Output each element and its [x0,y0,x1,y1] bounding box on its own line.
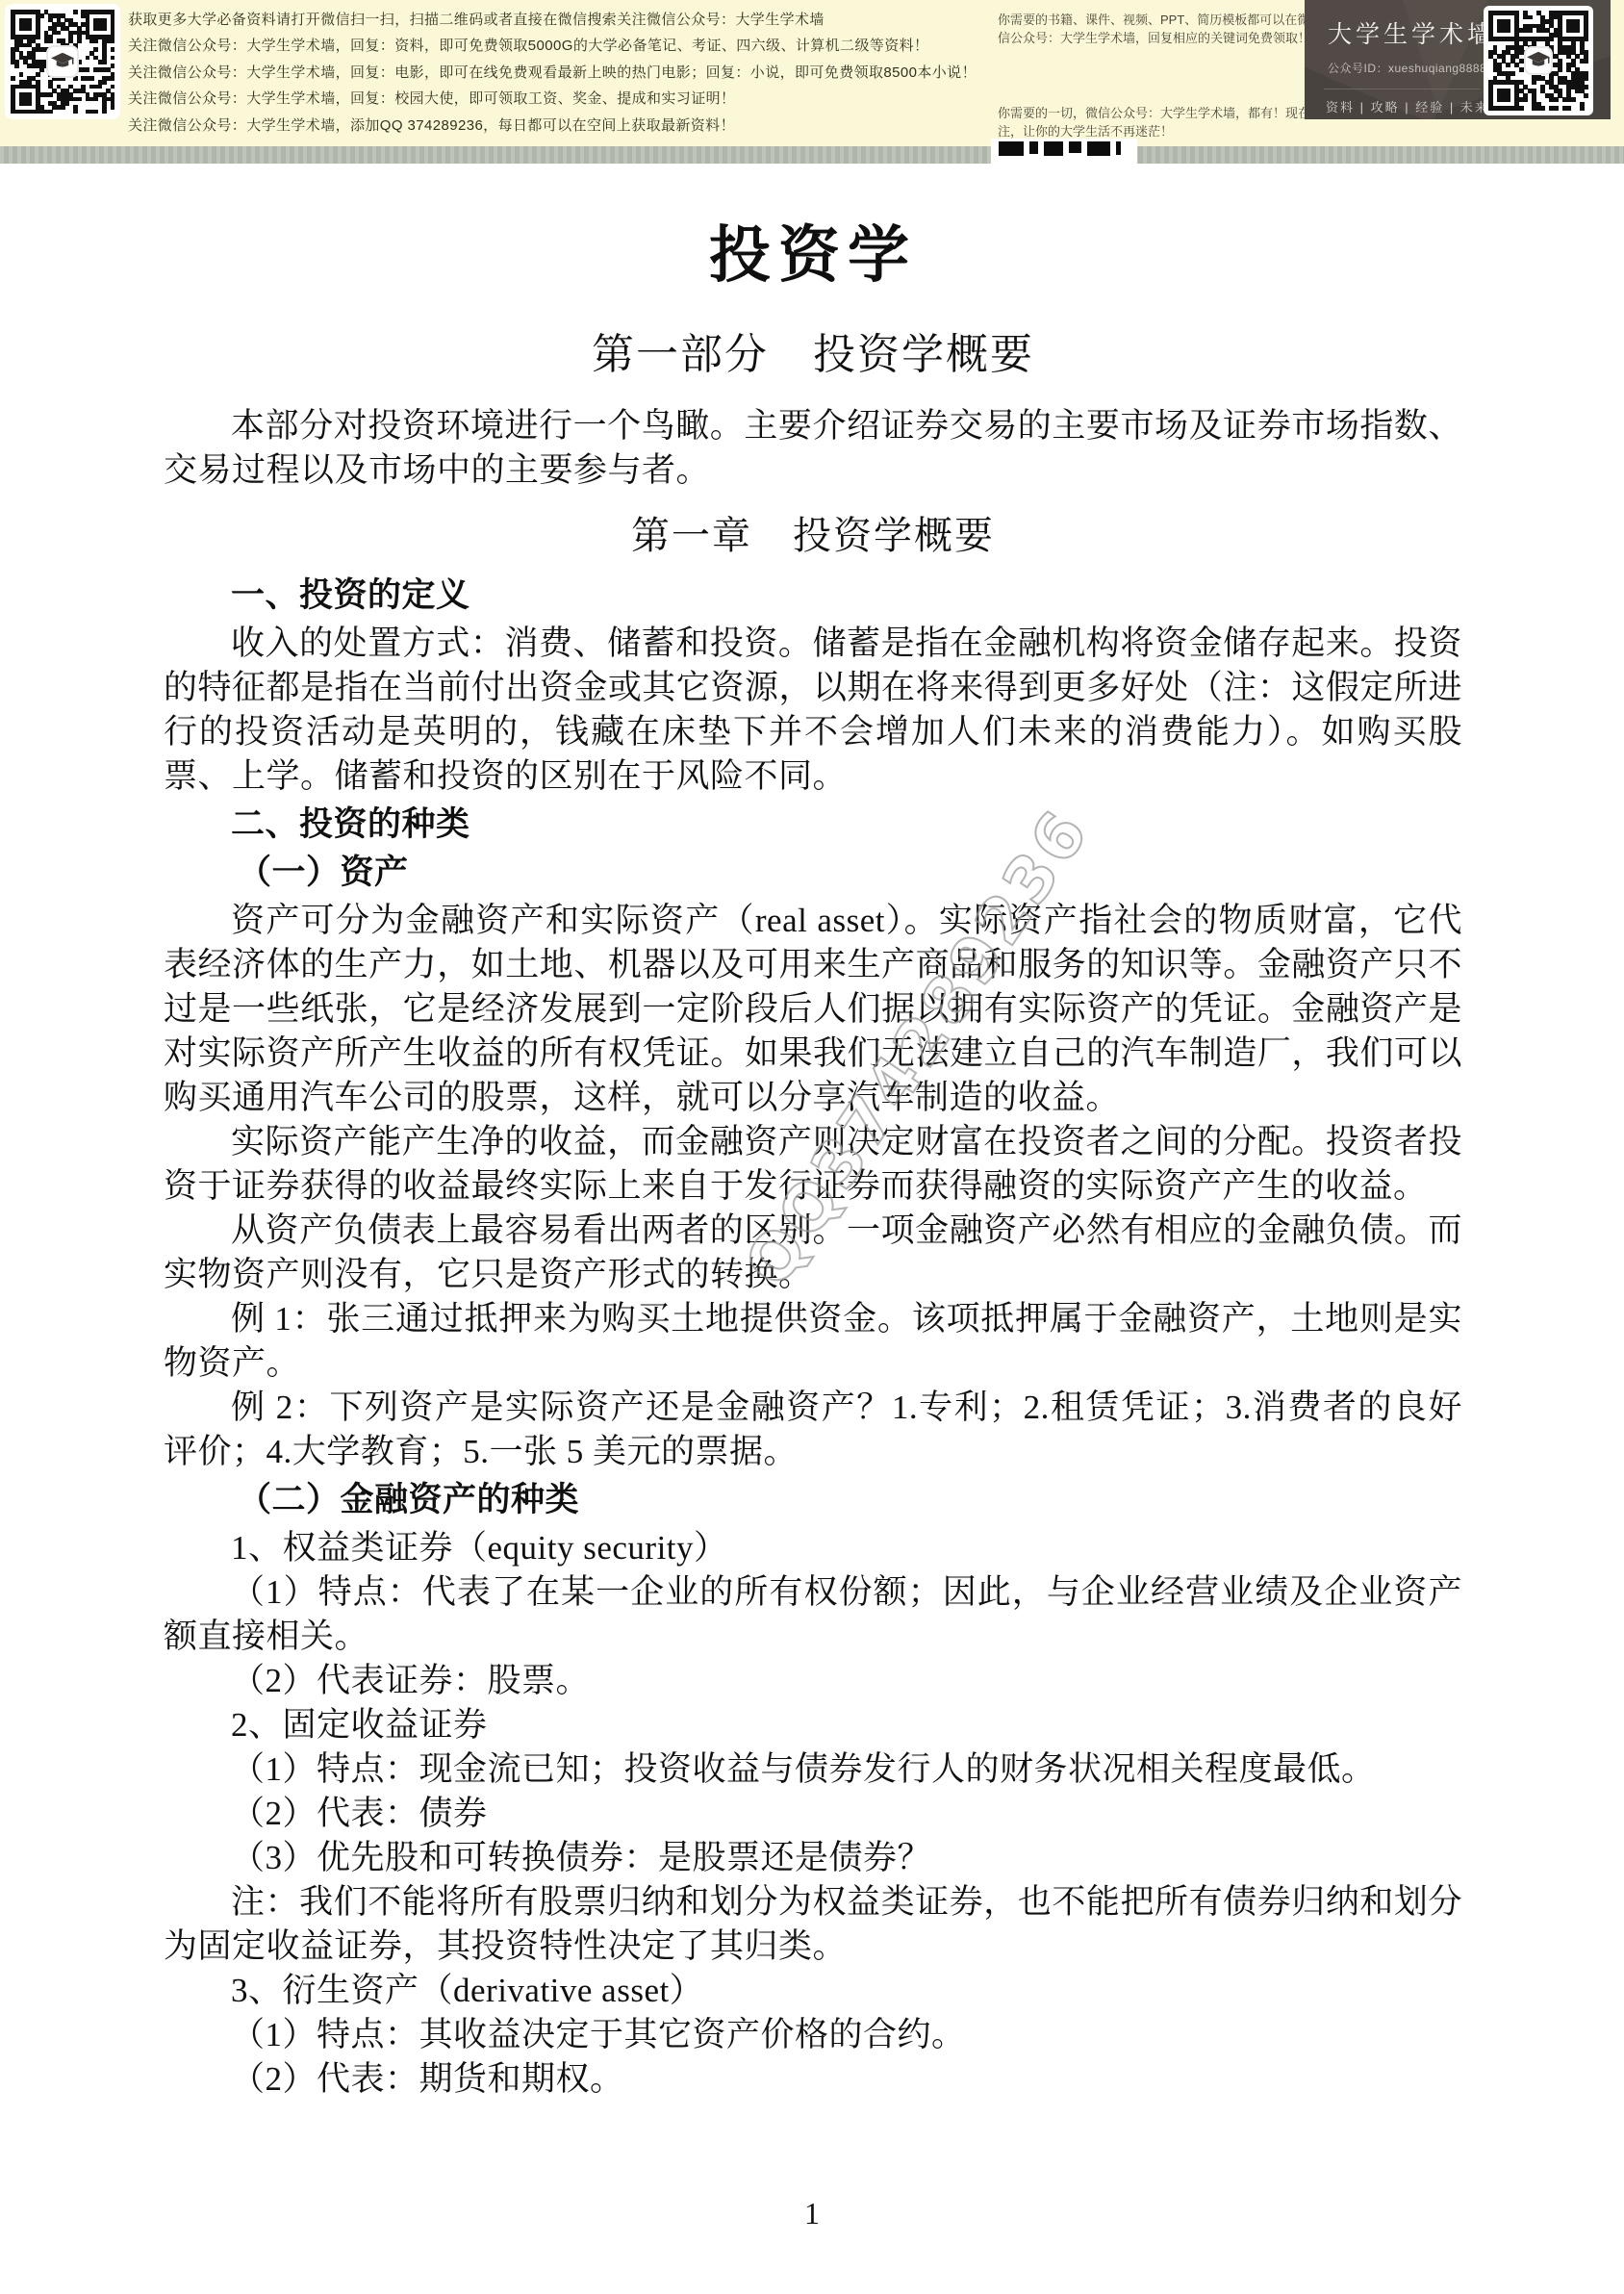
doc-block-para: （2）代表证券：股票。 [164,1659,1462,1703]
doc-block-h2: 一、投资的定义 [164,573,1462,618]
qr-code-right [1484,6,1593,115]
doc-block-para: （2）代表：期货和期权。 [164,2057,1462,2102]
doc-block-para: 例 2：下列资产是实际资产还是金融资产？1.专利；2.租赁凭证；3.消费者的良好… [164,1386,1462,1474]
clipped-image-overlay [991,139,1137,210]
doc-block-h2: 二、投资的种类 [164,803,1462,847]
doc-block-para: 资产可分为金融资产和实际资产（real asset）。实际资产指社会的物质财富，… [164,899,1462,1120]
doc-block-para: （1）特点：现金流已知；投资收益与债券发行人的财务状况相关程度最低。 [164,1747,1462,1792]
qr-code-left [5,4,120,119]
banner-line: 关注微信公众号：大学生学术墙，回复：校园大使，即可领取工资、奖金、提成和实习证明… [128,86,999,112]
doc-block-h3: （二）金融资产的种类 [164,1478,1462,1522]
document-page: 投资学 第一部分 投资学概要 本部分对投资环境进行一个鸟瞰。主要介绍证券交易的主… [164,164,1462,2102]
doc-block-para: 收入的处置方式：消费、储蓄和投资。储蓄是指在金融机构将资金储存起来。投资的特征都… [164,622,1462,799]
doc-block-para: 本部分对投资环境进行一个鸟瞰。主要介绍证券交易的主要市场及证券市场指数、交易过程… [164,404,1462,493]
graduation-cap-icon [46,45,79,78]
qr-code-left-modules [11,10,114,114]
brand-card: 大学生学术墙 公众号ID：xueshuqiang8888 资料 | 攻略 | 经… [1305,0,1611,119]
doc-block-chapter: 第一章 投资学概要 [164,514,1462,558]
brand-nav: 资料 | 攻略 | 经验 | 未来 [1326,97,1489,115]
clipped-glyphs [999,141,1121,156]
doc-block-para: （3）优先股和可转换债券：是股票还是债券？ [164,1836,1462,1880]
qr-code-right-modules [1488,11,1588,111]
side-note-books: 你需要的书籍、课件、视频、PPT、简历模板都可以在微信公众号：大学生学术墙，回复… [998,11,1317,47]
brand-title: 大学生学术墙 [1328,15,1495,50]
doc-block-para: 2、固定收益证券 [164,1703,1462,1747]
doc-block-para: 例 1：张三通过抵押来为购买土地提供资金。该项抵押属于金融资产，土地则是实物资产… [164,1297,1462,1386]
doc-block-para: 从资产负债表上最容易看出两者的区别。一项金融资产必然有相应的金融负债。而实物资产… [164,1209,1462,1297]
doc-block-para: （2）代表：债券 [164,1792,1462,1836]
graduation-cap-icon [1524,46,1553,75]
banner-line: 关注微信公众号：大学生学术墙，回复：资料，即可免费领取5000G的大学必备笔记、… [128,33,999,59]
banner-promo-lines: 获取更多大学必备资料请打开微信扫一扫，扫描二维码或者直接在微信搜索关注微信公众号… [128,7,999,139]
banner-line: 关注微信公众号：大学生学术墙，回复：电影，即可在线免费观看最新上映的热门电影；回… [128,60,999,86]
doc-block-para: 1、权益类证券（equity security） [164,1526,1462,1570]
part-heading: 第一部分 投资学概要 [164,319,1462,381]
banner-line: 获取更多大学必备资料请打开微信扫一扫，扫描二维码或者直接在微信搜索关注微信公众号… [128,7,999,33]
page-boundary-strip [0,146,1624,164]
doc-block-para: 实际资产能产生净的收益，而金融资产则决定财富在投资者之间的分配。投资者投资于证券… [164,1120,1462,1209]
doc-block-para: （1）特点：其收益决定于其它资产价格的合约。 [164,2013,1462,2057]
brand-divider [1324,89,1480,89]
banner-line: 关注微信公众号：大学生学术墙，添加QQ 374289236，每日都可以在空间上获… [128,113,999,139]
page-number: 1 [0,2196,1624,2231]
brand-account-id: 公众号ID：xueshuqiang8888 [1328,60,1486,76]
doc-block-para: 3、衍生资产（derivative asset） [164,1969,1462,2013]
side-note-follow: 你需要的一切，微信公众号：大学生学术墙，都有！现在关注，让你的大学生活不再迷茫！ [998,105,1332,140]
doc-block-h3: （一）资产 [164,851,1462,895]
doc-blocks: 本部分对投资环境进行一个鸟瞰。主要介绍证券交易的主要市场及证券市场指数、交易过程… [164,404,1462,2102]
doc-block-para: （1）特点：代表了在某一企业的所有权份额；因此，与企业经营业绩及企业资产额直接相… [164,1570,1462,1659]
doc-block-para: 注：我们不能将所有股票归纳和划分为权益类证券，也不能把所有债券归纳和划分为固定收… [164,1880,1462,1969]
doc-title: 投资学 [164,206,1462,294]
